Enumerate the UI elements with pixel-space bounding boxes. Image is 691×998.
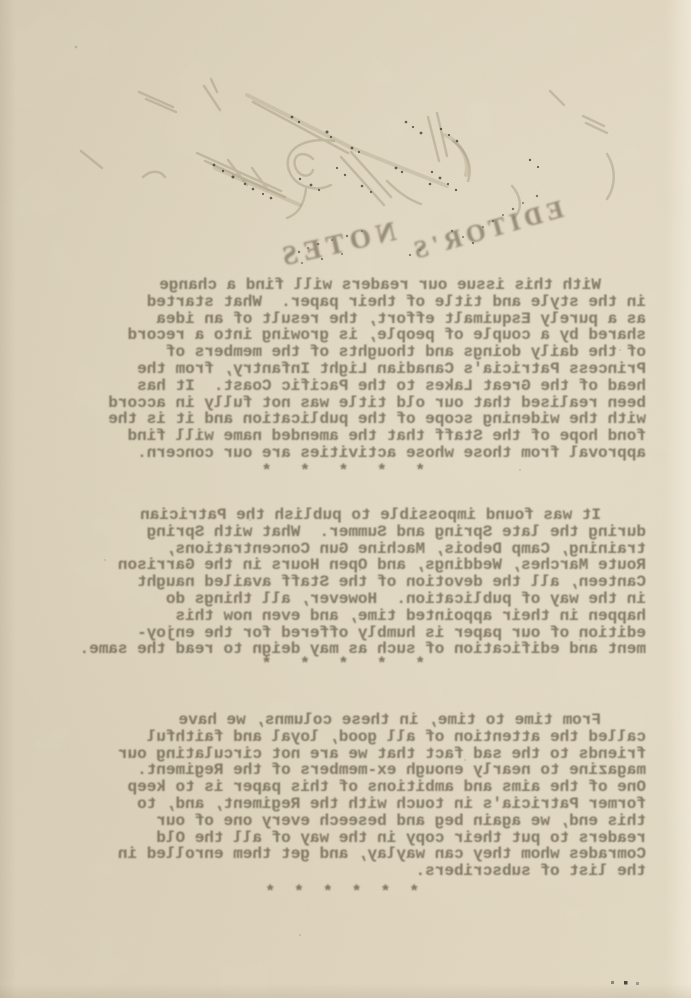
bottom-right-specks (611, 981, 639, 985)
scanned-page: EDITOR'S NOTES With this issue our reade… (0, 0, 691, 998)
pencil-sketch-bleedthrough (0, 0, 691, 998)
